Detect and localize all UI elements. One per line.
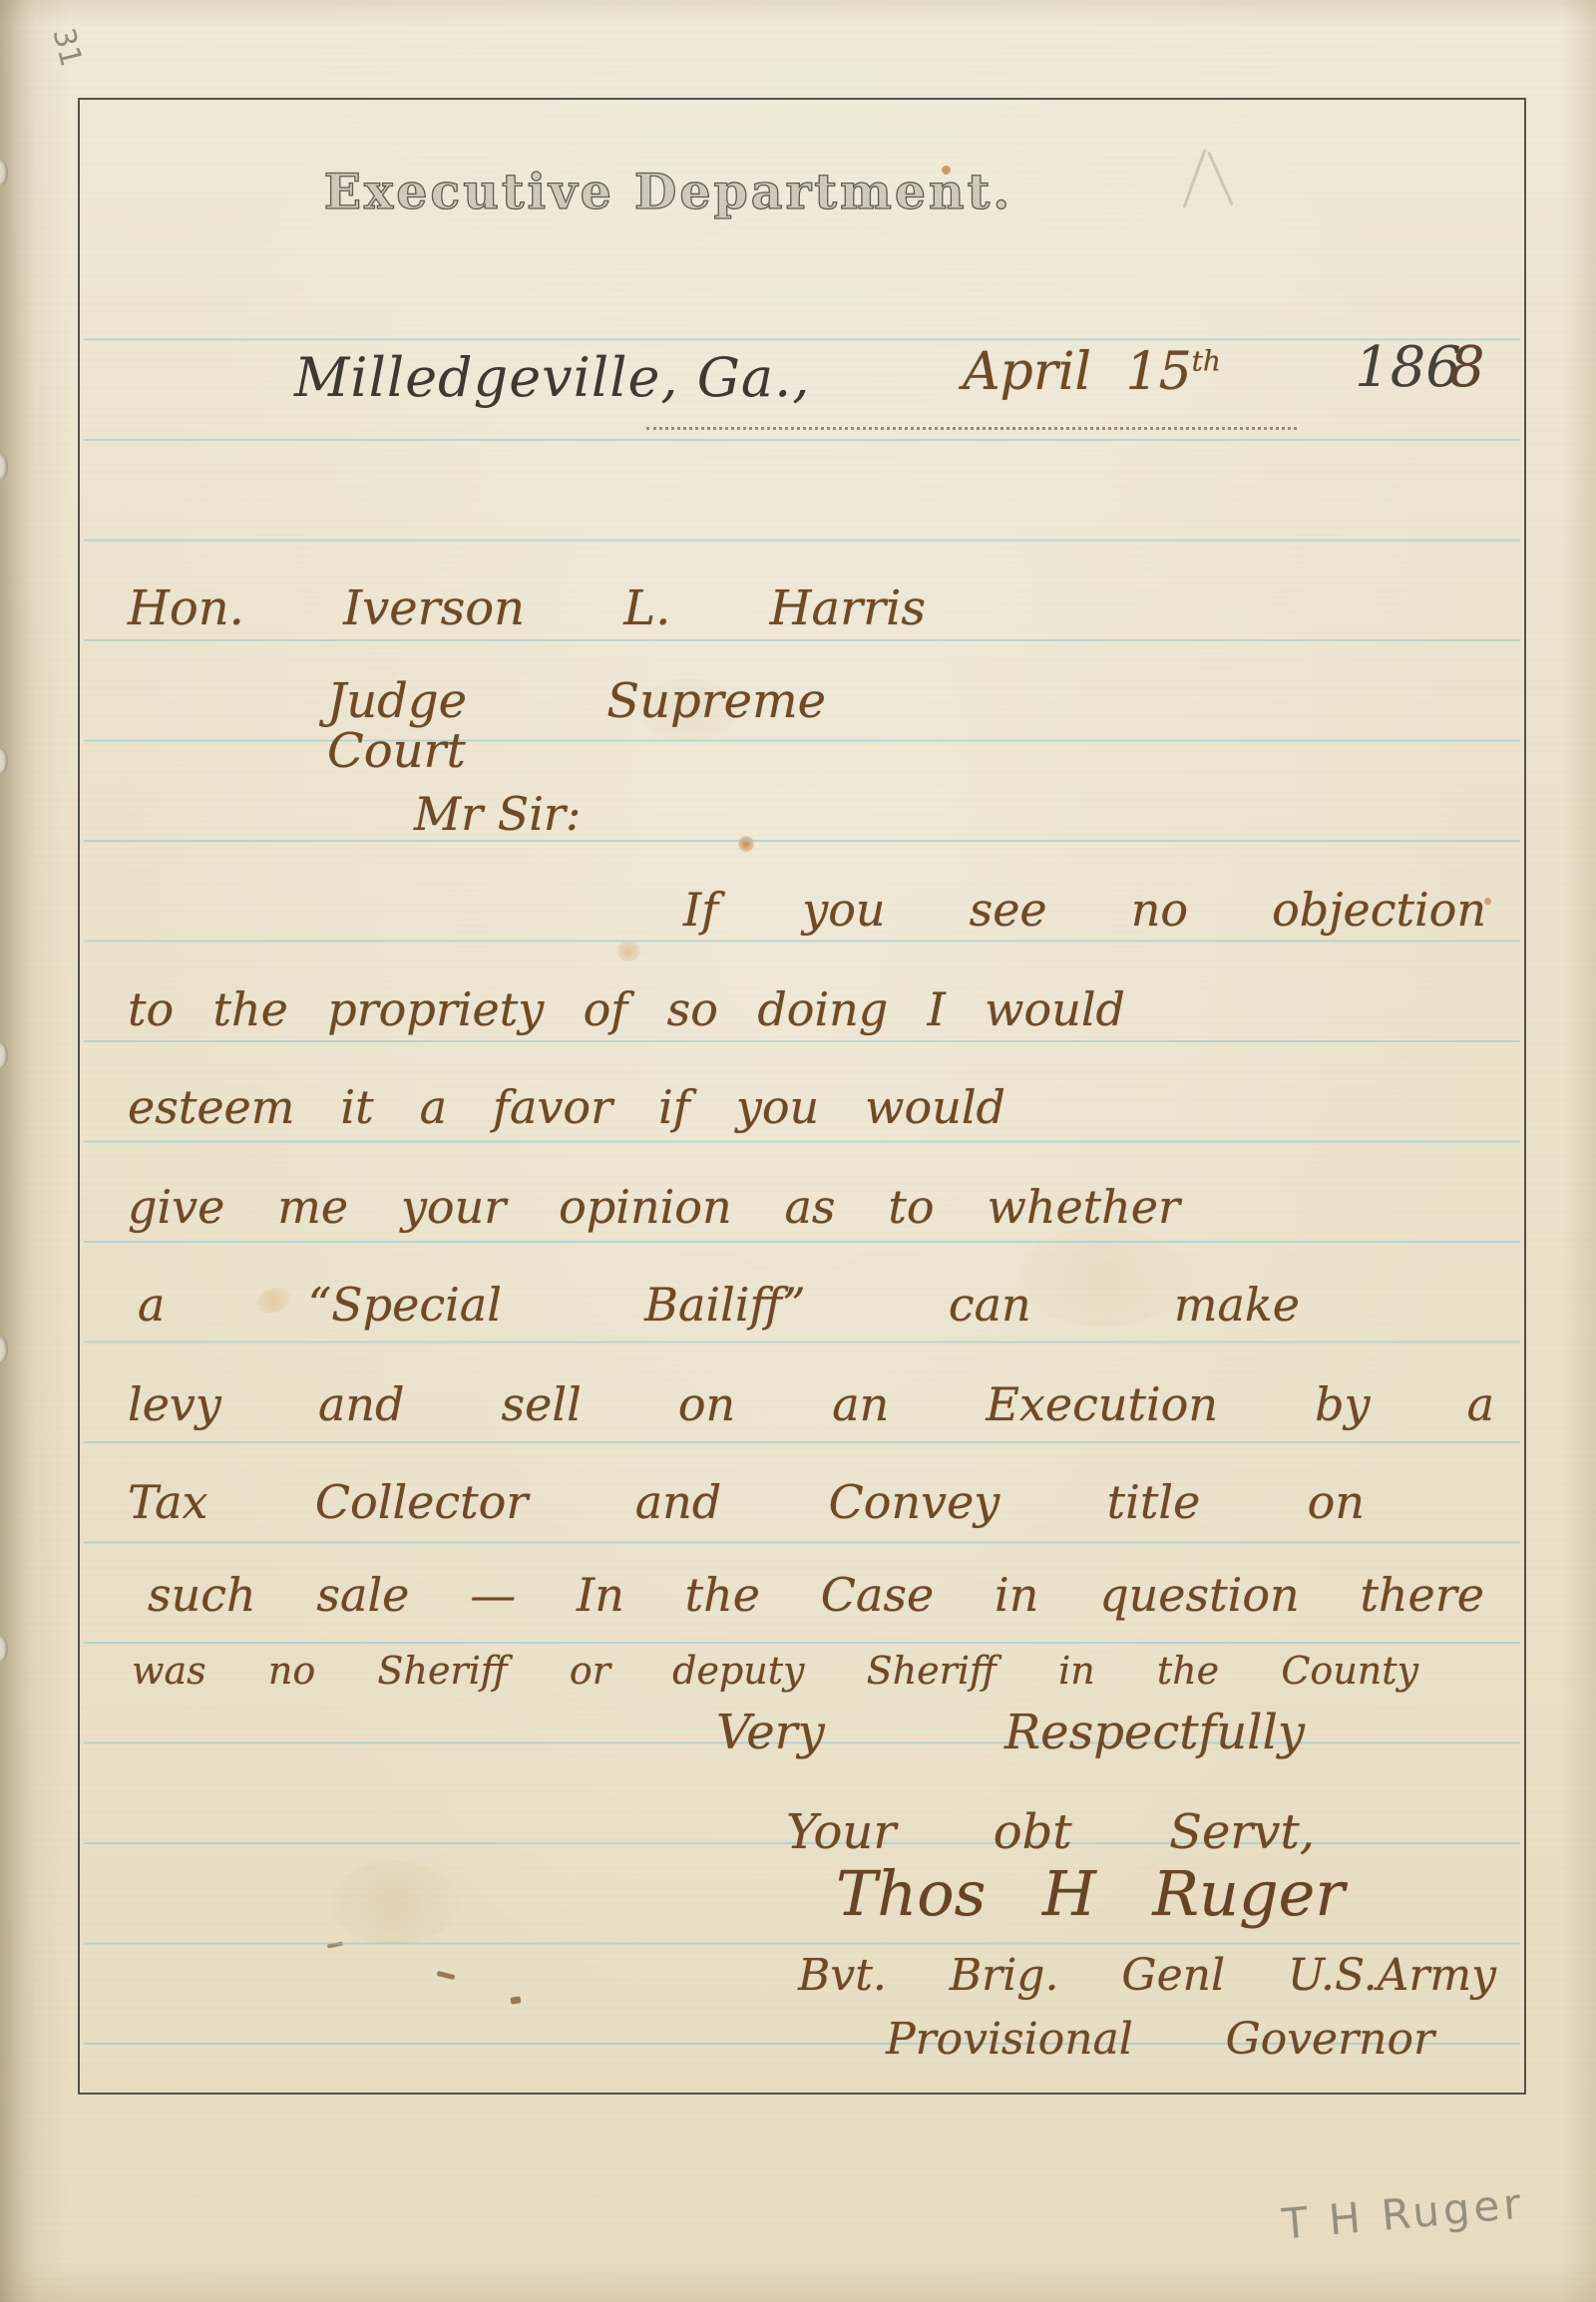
pencil-note-bottom-right: T H Ruger bbox=[1280, 2178, 1526, 2248]
body-line: was no Sheriff or deputy Sheriff in the … bbox=[132, 1652, 1418, 1692]
recipient-name: Hon. Iverson L. Harris bbox=[128, 583, 926, 633]
signature-rank: Bvt. Brig. Genl U.S.Army bbox=[798, 1953, 1496, 1999]
year-printed: 186 bbox=[1355, 335, 1461, 400]
salutation: Mr Sir: bbox=[414, 790, 581, 838]
body-line: Tax Collector and Convey title on bbox=[128, 1478, 1365, 1526]
body-line: esteem it a favor if you would bbox=[128, 1083, 1005, 1131]
body-line: If you see no objection bbox=[683, 886, 1486, 934]
signature: Thos H Ruger bbox=[836, 1861, 1345, 1926]
date-ordinal: th bbox=[1192, 345, 1221, 378]
body-line: such sale — In the Case in question ther… bbox=[148, 1571, 1484, 1619]
body-line: levy and sell on an Execution by a bbox=[128, 1380, 1494, 1428]
body-line: to the propriety of so doing I would bbox=[128, 985, 1125, 1033]
date-text: April 15 bbox=[963, 342, 1192, 402]
body-line: give me your opinion as to whether bbox=[128, 1183, 1180, 1231]
year-written: 8 bbox=[1449, 335, 1485, 400]
letterhead-year: 1868 bbox=[1355, 335, 1485, 400]
body-line: a “Special Bailiff” can make bbox=[138, 1281, 1300, 1329]
letterhead-title: Executive Department. bbox=[299, 168, 1037, 216]
letterhead-date: April 15th bbox=[963, 345, 1221, 400]
letterhead-place: Milledgeville, Ga., bbox=[294, 351, 810, 405]
closing-servant: Your obt Servt, bbox=[786, 1807, 1315, 1857]
torn-edge-left bbox=[0, 0, 34, 2302]
closing-respectfully: Very Respectfully bbox=[716, 1708, 1305, 1757]
pencil-note-top-left: 31 bbox=[45, 25, 88, 71]
letter-page: 31 Executive Department. Milledgeville, … bbox=[0, 0, 1596, 2302]
signature-office: Provisional Governor bbox=[886, 2017, 1434, 2063]
recipient-title: Judge Supreme Court bbox=[327, 676, 826, 777]
dotted-date-line bbox=[646, 427, 1297, 430]
